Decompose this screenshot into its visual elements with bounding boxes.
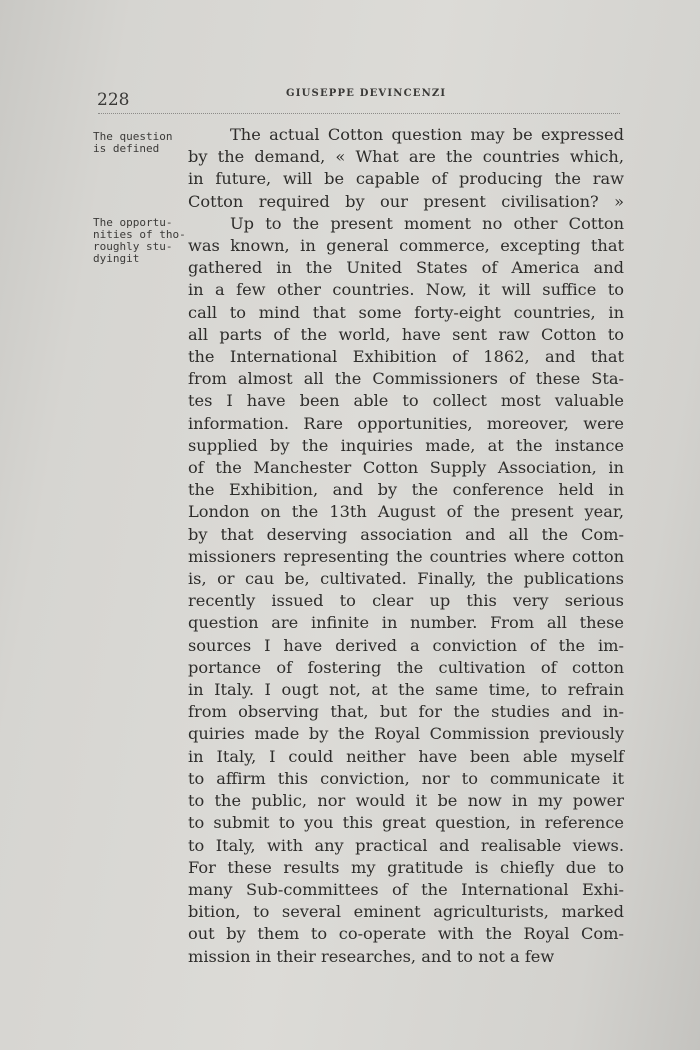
- text-line: the International Exhibition of 1862, an…: [188, 346, 624, 368]
- text-line: in Italy, I could neither have been able…: [188, 746, 624, 768]
- text-line: supplied by the inquiries made, at the i…: [188, 435, 624, 457]
- text-line: The actual Cotton question may be expres…: [188, 124, 624, 146]
- text-line: is, or cau be, cultivated. Finally, the …: [188, 568, 624, 590]
- text-line: bition, to several eminent agriculturist…: [188, 901, 624, 923]
- text-line: to affirm this conviction, nor to commun…: [188, 768, 624, 790]
- sidenote-opportunities: The opportu- nities of tho- roughly stu-…: [93, 217, 193, 265]
- paragraph-1: The actual Cotton question may be expres…: [188, 124, 624, 213]
- text-line: all parts of the world, have sent raw Co…: [188, 324, 624, 346]
- text-line: recently issued to clear up this very se…: [188, 590, 624, 612]
- text-line: mission in their researches, and to not …: [188, 946, 624, 968]
- text-line: call to mind that some forty-eight count…: [188, 302, 624, 324]
- text-line: gathered in the United States of America…: [188, 257, 624, 279]
- text-line: by that deserving association and all th…: [188, 524, 624, 546]
- text-line: in future, will be capable of producing …: [188, 168, 624, 190]
- text-line: was known, in general commerce, exceptin…: [188, 235, 624, 257]
- text-line: question are infinite in number. From al…: [188, 612, 624, 634]
- text-line: of the Manchester Cotton Supply Associat…: [188, 457, 624, 479]
- page-number: 228: [97, 90, 129, 110]
- text-line: For these results my gratitude is chiefl…: [188, 857, 624, 879]
- text-line: in Italy. I ougt not, at the same time, …: [188, 679, 624, 701]
- text-line: London on the 13th August of the present…: [188, 501, 624, 523]
- text-line: from almost all the Commissioners of the…: [188, 368, 624, 390]
- text-line: many Sub-committees of the International…: [188, 879, 624, 901]
- body-text: The actual Cotton question may be expres…: [188, 124, 624, 968]
- sidenote-line: is defined: [93, 143, 193, 155]
- text-line: to Italy, with any practical and realisa…: [188, 835, 624, 857]
- running-head: GIUSEPPE DEVINCENZI: [286, 88, 446, 99]
- text-line: the Exhibition, and by the conference he…: [188, 479, 624, 501]
- text-line: out by them to co-operate with the Royal…: [188, 923, 624, 945]
- text-line: in a few other countries. Now, it will s…: [188, 279, 624, 301]
- sidenote-line: dyingit: [93, 253, 193, 265]
- text-line: portance of fostering the cultivation of…: [188, 657, 624, 679]
- text-line: sources I have derived a conviction of t…: [188, 635, 624, 657]
- text-line: Up to the present moment no other Cotton: [188, 213, 624, 235]
- paragraph-2: Up to the present moment no other Cotton…: [188, 213, 624, 968]
- text-line: to submit to you this great question, in…: [188, 812, 624, 834]
- text-line: quiries made by the Royal Commission pre…: [188, 723, 624, 745]
- text-line: tes I have been able to collect most val…: [188, 390, 624, 412]
- text-line: by the demand, « What are the countries …: [188, 146, 624, 168]
- sidenote-question-defined: The question is defined: [93, 131, 193, 155]
- text-line: from observing that, but for the studies…: [188, 701, 624, 723]
- text-line: information. Rare opportunities, moreove…: [188, 413, 624, 435]
- text-line: missioners representing the countries wh…: [188, 546, 624, 568]
- text-line: Cotton required by our present civilisat…: [188, 191, 624, 213]
- text-line: to the public, nor would it be now in my…: [188, 790, 624, 812]
- header-rule: [98, 113, 620, 114]
